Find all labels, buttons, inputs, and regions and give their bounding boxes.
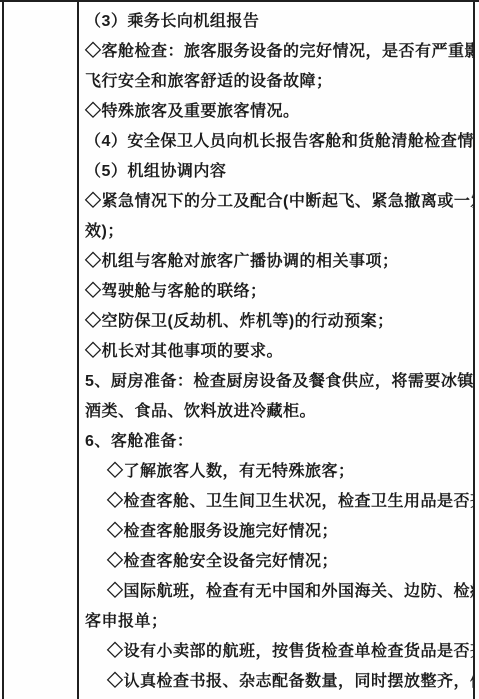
table-border-top	[0, 0, 479, 2]
text-line: ◇机组与客舱对旅客广播协调的相关事项；	[85, 247, 473, 277]
text-line: ◇机长对其他事项的要求。	[85, 337, 473, 367]
text-line: 酒类、食品、饮料放进冷藏柜。	[85, 397, 473, 427]
table-border-right	[473, 0, 475, 699]
text-lines: （3）乘务长向机组报告◇客舱检查：旅客服务设备的完好情况，是否有严重影响飞行安全…	[85, 7, 473, 697]
text-line: ◇紧急情况下的分工及配合(中断起飞、紧急撤离或一发失	[85, 187, 473, 217]
text-line: ◇驾驶舱与客舱的联络；	[85, 277, 473, 307]
text-line: ◇检查客舱、卫生间卫生状况，检查卫生用品是否齐全；	[85, 487, 473, 517]
text-line: （5）机组协调内容	[85, 157, 473, 187]
table-border-left	[2, 0, 4, 699]
text-line: ◇客舱检查：旅客服务设备的完好情况，是否有严重影响	[85, 37, 473, 67]
text-line: （4）安全保卫人员向机长报告客舱和货舱清舱检查情况。	[85, 127, 473, 157]
text-line: ◇检查客舱安全设备完好情况；	[85, 547, 473, 577]
text-line: （3）乘务长向机组报告	[85, 7, 473, 37]
text-line: ◇检查客舱服务设施完好情况；	[85, 517, 473, 547]
text-line: ◇空防保卫(反劫机、炸机等)的行动预案；	[85, 307, 473, 337]
table-column-divider	[77, 0, 79, 699]
text-line: 效)；	[85, 217, 473, 247]
table-text-cell: （3）乘务长向机组报告◇客舱检查：旅客服务设备的完好情况，是否有严重影响飞行安全…	[79, 2, 473, 699]
text-line: 6、客舱准备：	[85, 427, 473, 457]
text-line: 5、厨房准备：检查厨房设备及餐食供应，将需要冰镇的	[85, 367, 473, 397]
text-line: 客申报单；	[85, 607, 473, 637]
document-page: （3）乘务长向机组报告◇客舱检查：旅客服务设备的完好情况，是否有严重影响飞行安全…	[0, 0, 479, 699]
text-line: ◇认真检查书报、杂志配备数量，同时摆放整齐，供旅	[85, 667, 473, 697]
table-left-cell-empty	[4, 2, 77, 699]
text-line: ◇特殊旅客及重要旅客情况。	[85, 97, 473, 127]
text-line: 飞行安全和旅客舒适的设备故障；	[85, 67, 473, 97]
text-line: ◇设有小卖部的航班，按售货检查单检查货品是否齐全；	[85, 637, 473, 667]
text-line: ◇国际航班，检查有无中国和外国海关、边防、检疫旅	[85, 577, 473, 607]
text-line: ◇了解旅客人数，有无特殊旅客；	[85, 457, 473, 487]
